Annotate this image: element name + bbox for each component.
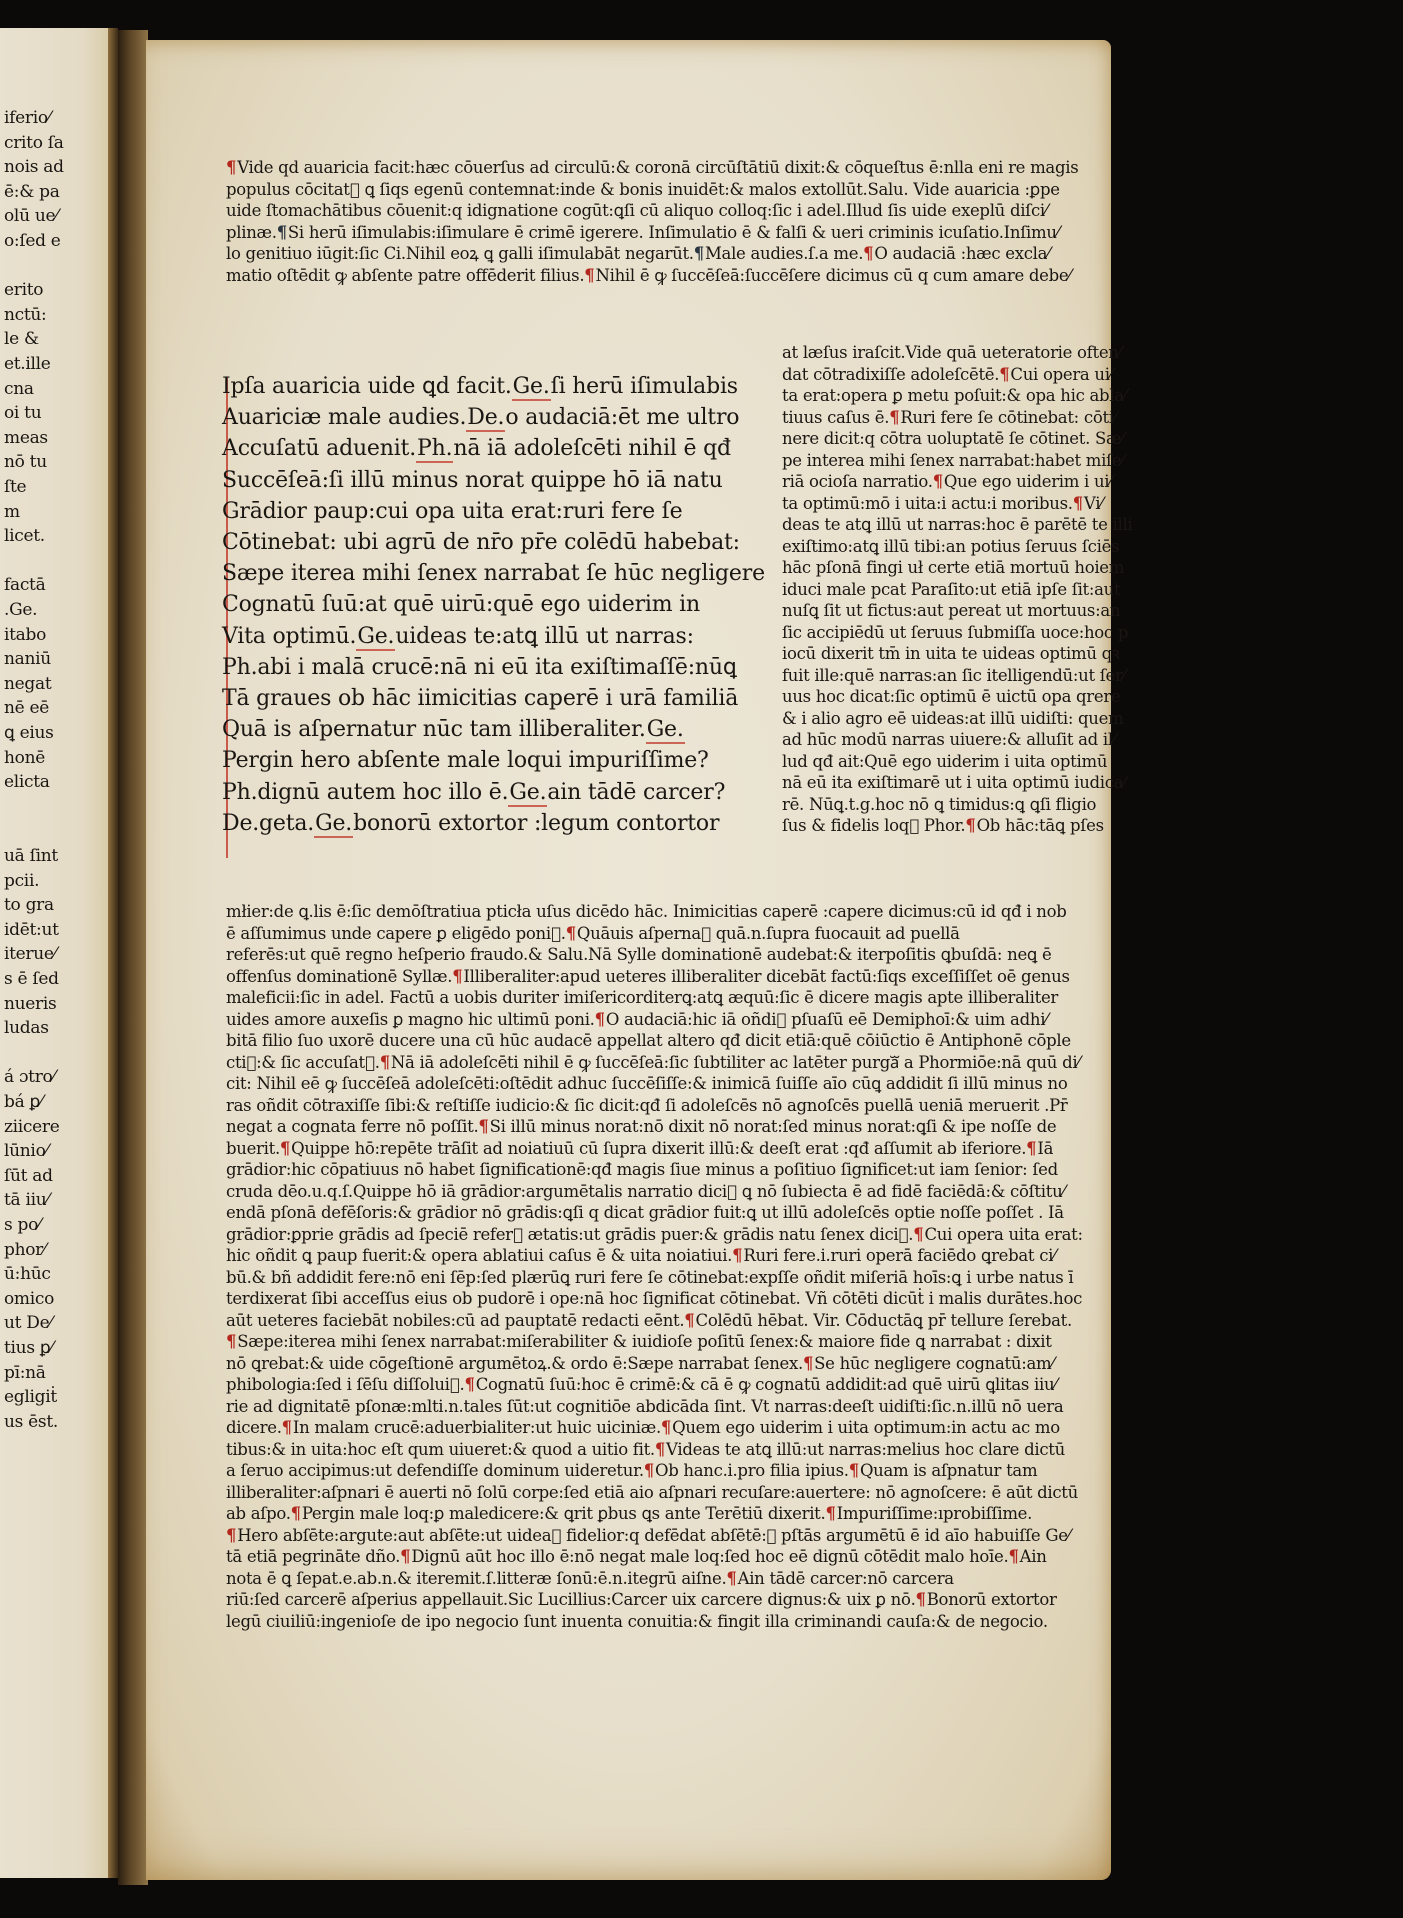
side-commentary-line: nā eū ita exiſtimarē ut i uita optimū iu… — [782, 775, 1126, 792]
paragraph-mark-icon: ¶ — [280, 1139, 290, 1158]
text-segment: Videas te atꝗ illū:ut narras:melius hoc … — [666, 1440, 1065, 1459]
side-commentary-line: deas te atꝗ illū ut narras:hoc ē parētē … — [782, 517, 1132, 534]
commentary-line: negat a cognata ferre nō poſſit.¶Si illū… — [226, 1119, 1056, 1136]
left-page-line: bá ꝑ⁄ — [4, 1094, 43, 1111]
text-segment: bū.& bñ addidit fere:nō eni ſēp:ſed plær… — [226, 1268, 1073, 1287]
verse-text: o audaciā:ēt me ultro — [505, 405, 739, 430]
left-page-line: to gra — [4, 897, 54, 914]
paragraph-mark-icon: ¶ — [1073, 494, 1083, 513]
text-segment: illiberaliter:aſpnari ē auerti nō ſolū c… — [226, 1483, 1078, 1502]
paragraph-mark-icon: ¶ — [849, 1461, 859, 1480]
commentary-text: Vide qd auaricia facit:hæc cōuerſus ad c… — [237, 158, 1078, 177]
paragraph-mark-icon: ¶ — [825, 1504, 835, 1523]
paragraph-mark-icon: ¶ — [1026, 1139, 1036, 1158]
commentary-line: tā etiā pegrināte dño.¶Dignū aūt hoc ill… — [226, 1549, 1047, 1566]
paragraph-mark-icon: ¶ — [913, 1225, 923, 1244]
text-segment: endā pſonā defēſoris:& grādior nō grādis… — [226, 1203, 1064, 1222]
text-segment: negat a cognata ferre nō poſſit. — [226, 1117, 478, 1136]
paragraph-mark-icon: ¶ — [277, 223, 287, 242]
commentary-line: matio oſtēdit ꝙ abſente patre offēderit … — [226, 268, 1071, 285]
side-commentary-line: nuſꝗ ſit ut fictus:aut pereat ut mortuus… — [782, 603, 1120, 620]
paragraph-mark-icon: ¶ — [282, 1418, 292, 1437]
text-segment: maleficii:ſic in adel. Factū a uobis dur… — [226, 988, 1058, 1007]
verse-text: ſi herū iſimulabis — [551, 374, 738, 399]
text-segment: Ain — [1020, 1547, 1047, 1566]
text-segment: Pergin male loq:ꝑ maledicere:& ꝗrit ꝑbus… — [302, 1504, 826, 1523]
page-edge-shadow — [108, 28, 118, 1878]
text-segment: Cognatū ſuū:hoc ē crimē:& cā ē ꝙ cognatū… — [476, 1375, 1057, 1394]
left-page-line: m — [4, 504, 20, 521]
left-page-line: nctū: — [4, 307, 46, 324]
side-commentary-line: dat cōtradixiſſe adoleſcētē.¶Cui opera u… — [782, 367, 1112, 384]
paragraph-mark-icon: ¶ — [452, 967, 462, 986]
text-segment: Sæpe:iterea mihi ſenex narrabat:miſerabi… — [237, 1332, 1051, 1351]
commentary-line: ¶Sæpe:iterea mihi ſenex narrabat:miſerab… — [226, 1334, 1052, 1351]
commentary-line: ¶Hero abſēte:argute:aut abſēte:ut uideaᷓ… — [226, 1528, 1070, 1545]
paragraph-mark-icon: ¶ — [644, 1461, 654, 1480]
verse-text: De.geta. — [222, 811, 314, 836]
text-segment: tiuus caſus ē. — [782, 408, 889, 427]
commentary-text: uide ſtomachātibus cōuenit:q idignatione… — [226, 201, 1047, 220]
paragraph-mark-icon: ¶ — [226, 1332, 236, 1351]
left-page-line: o:ſed e — [4, 233, 61, 250]
text-segment: Hero abſēte:argute:aut abſēte:ut uideaᷓ … — [237, 1526, 1070, 1545]
left-page-line: ꝗ eius — [4, 725, 54, 742]
paragraph-mark-icon: ¶ — [655, 1440, 665, 1459]
left-page-line: nois ad — [4, 159, 64, 176]
text-segment: ab aſpo. — [226, 1504, 291, 1523]
commentary-line: uide ſtomachātibus cōuenit:q idignatione… — [226, 203, 1047, 220]
verse-line: Accuſatū aduenit.Ph.nā iā adoleſcēti nih… — [222, 438, 731, 460]
speaker-abbreviation: Ge. — [646, 717, 685, 744]
commentary-line: lo genitiuo iūgit:ſic Ci.Nihil eoꝝ ꝗ gal… — [226, 246, 1050, 263]
text-segment: hāc pſonā fingi uł certe etiā mortuū hoi… — [782, 558, 1124, 577]
left-page-line: uā ſint — [4, 848, 58, 865]
paragraph-mark-icon: ¶ — [694, 244, 704, 263]
text-segment: & i alio agro eē uideas:at illū uidiſti:… — [782, 709, 1123, 728]
text-segment: Si illū minus norat:nō dixit nō norat:ſe… — [490, 1117, 1057, 1136]
text-segment: cruda dēo.u.q.ſ.Quippe hō iā grādior:arg… — [226, 1182, 1065, 1201]
left-page-line: erito — [4, 282, 43, 299]
commentary-line: młier:de ꝗ.lis ē:ſic demōſtratiua pticła… — [226, 904, 1066, 921]
text-segment: offenſus dominationē Syllæ. — [226, 967, 452, 986]
commentary-text: populus cōcitatᷣ ꝗ ſiqs egenū contemnat:… — [226, 180, 1060, 199]
left-page-line: ē:& pa — [4, 184, 60, 201]
commentary-line: buerit.¶Quippe hō:repēte trāſit ad noiat… — [226, 1141, 1053, 1158]
side-commentary-line: iocū dixerit tm̄ in uita te uideas optim… — [782, 646, 1119, 663]
left-page-line: nē eē — [4, 700, 49, 717]
text-segment: Illiberaliter:apud ueteres illiberaliter… — [463, 967, 1069, 986]
commentary-line: dicere.¶In malam crucē:aduerbialiter:ut … — [226, 1420, 1060, 1437]
verse-text: Accuſatū aduenit. — [222, 436, 416, 461]
commentary-line: nō ꝗrebat:& uide cōgeſtionē argumētoꝝ.& … — [226, 1356, 1054, 1373]
commentary-text: Male audies.ſ.a me. — [705, 244, 863, 263]
speaker-abbreviation: De. — [466, 405, 505, 432]
text-segment: uus hoc dicat:ſic optimū ē uictū opa qre… — [782, 687, 1120, 706]
commentary-line: ab aſpo.¶Pergin male loq:ꝑ maledicere:& … — [226, 1506, 1032, 1523]
text-segment: Cui opera uita erat: — [924, 1225, 1082, 1244]
commentary-line: populus cōcitatᷣ ꝗ ſiqs egenū contemnat:… — [226, 182, 1060, 199]
left-page-line: factā — [4, 577, 45, 594]
text-segment: ſic accipiēdū ut ſeruus ſubmiſſa uoce:ho… — [782, 623, 1128, 642]
left-page-line: omico — [4, 1291, 54, 1308]
text-segment: grādior:hic cōpatiuus nō habet ſignifica… — [226, 1160, 1058, 1179]
text-segment: aūt ueteres faciebāt nobiles:cū ad paupt… — [226, 1311, 684, 1330]
left-page-line: et.ille — [4, 356, 51, 373]
text-segment: rē. Nūꝗ.t.g.hoc nō ꝗ timidus:ꝗ ꝗſi fligi… — [782, 795, 1096, 814]
text-segment: grādior:ꝑprie grādis ad ſpeciē referᷓ æt… — [226, 1225, 913, 1244]
text-segment: O audaciā:hic iā oñdiᷓ pſuaſū eē Demipho… — [606, 1010, 1048, 1029]
text-segment: buerit. — [226, 1139, 280, 1158]
commentary-line: legū ciuiliū:ingenioſe de ipo negocio ſu… — [226, 1614, 1048, 1631]
commentary-line: offenſus dominationē Syllæ.¶Illiberalite… — [226, 969, 1070, 986]
text-segment: phibologia:ſed i ſēſu diſſoluiᷓ. — [226, 1375, 464, 1394]
side-commentary-line: ta optimū:mō i uita:i actu:i moribus.¶Vi… — [782, 496, 1103, 513]
left-page-line: iterue⁄ — [4, 946, 56, 963]
verse-line: Tā graues ob hāc iimicitias caperē i urā… — [222, 688, 738, 710]
text-segment: ctiᷓ:& ſic accuſatᷓ. — [226, 1053, 380, 1072]
paragraph-mark-icon: ¶ — [1008, 1547, 1018, 1566]
side-commentary-line: ſic accipiēdū ut ſeruus ſubmiſſa uoce:ho… — [782, 625, 1128, 642]
side-commentary-line: lud qđ ait:Quē ego uiderim i uita optimū — [782, 754, 1107, 771]
side-commentary-line: & i alio agro eē uideas:at illū uidiſti:… — [782, 711, 1123, 728]
paragraph-mark-icon: ¶ — [464, 1375, 474, 1394]
text-segment: ſus & fidelis loqᷓ Phor. — [782, 816, 965, 835]
text-segment: ad hūc modū narras uiuere:& alluſit ad i… — [782, 730, 1115, 749]
side-commentary-line: fuit ille:quē narras:an ſic itelligendū:… — [782, 668, 1125, 685]
text-segment: Que ego uiderim i ui⁄ — [944, 472, 1112, 491]
commentary-text: O audaciā :hæc excla⁄ — [874, 244, 1049, 263]
paragraph-mark-icon: ¶ — [478, 1117, 488, 1136]
verse-text: ain tādē carcer? — [547, 780, 725, 805]
text-segment: nere dicit:q cōtra uoluptatē ſe cōtinet.… — [782, 429, 1124, 448]
text-segment: nā eū ita exiſtimarē ut i uita optimū iu… — [782, 773, 1126, 792]
verse-line: Succēſeā:ſi illū minus norat quippe hō i… — [222, 470, 723, 492]
paragraph-mark-icon: ¶ — [889, 408, 899, 427]
left-page-line: le & — [4, 331, 39, 348]
paragraph-mark-icon: ¶ — [400, 1547, 410, 1566]
text-segment: at læſus iraſcit.Vide quā ueteratorie of… — [782, 343, 1121, 362]
verse-line: Ipſa auaricia uide ꝗd facit.Ge.ſi herū i… — [222, 376, 738, 398]
text-segment: Ruri fere ſe cōtinebat: cōti⁄ — [900, 408, 1116, 427]
text-segment: tā etiā pegrināte dño. — [226, 1547, 400, 1566]
paragraph-mark-icon: ¶ — [965, 816, 975, 835]
text-segment: riū:ſed carcerē aſperius appellauit.Sic … — [226, 1590, 916, 1609]
verse-text: Auariciæ male audies. — [222, 405, 466, 430]
text-segment: Quippe hō:repēte trāſit ad noiatiuū cū ſ… — [291, 1139, 1026, 1158]
left-page-line: ziicere — [4, 1119, 60, 1136]
verse-text: Cognatū ſuū:at quē uirū:quē ego uiderim … — [222, 592, 700, 617]
commentary-text: matio oſtēdit ꝙ abſente patre offēderit … — [226, 266, 584, 285]
commentary-line: hic oñdit ꝗ paup fuerit:& opera ablatiui… — [226, 1248, 1056, 1265]
verse-text: Quā is aſpernatur nūc tam illiberaliter. — [222, 717, 646, 742]
left-page-line: crito ſa — [4, 135, 64, 152]
text-segment: riā ocioſa narratio. — [782, 472, 933, 491]
commentary-line: terdixerat ſibi acceſſus eius ob pudorē … — [226, 1291, 1082, 1308]
verse-line: Cōtinebat: ubi agrū de nr̄o pr̄e colēdū … — [222, 532, 740, 554]
verse-text: Ph.dignū autem hoc illo ē. — [222, 780, 508, 805]
side-commentary-line: ad hūc modū narras uiuere:& alluſit ad i… — [782, 732, 1115, 749]
speaker-abbreviation: Ge. — [508, 780, 547, 807]
text-segment: Cui opera ui⁄ — [1010, 365, 1112, 384]
text-segment: Bonorū extortor — [927, 1590, 1057, 1609]
commentary-line: tibus:& in uita:hoc eſt qum uiueret:& qu… — [226, 1442, 1065, 1459]
verse-line: Grādior paup:cui opa uita erat:ruri fere… — [222, 501, 682, 523]
text-segment: dat cōtradixiſſe adoleſcētē. — [782, 365, 999, 384]
text-segment: deas te atꝗ illū ut narras:hoc ē parētē … — [782, 515, 1132, 534]
speaker-abbreviation: Ge. — [356, 624, 395, 651]
text-segment: tibus:& in uita:hoc eſt qum uiueret:& qu… — [226, 1440, 655, 1459]
text-segment: bitā filio ſuo uxorē ducere una cū hūc a… — [226, 1031, 1071, 1050]
left-page-line: us ēst. — [4, 1414, 58, 1431]
verse-text: Vita optimū. — [222, 624, 356, 649]
commentary-line: endā pſonā defēſoris:& grādior nō grādis… — [226, 1205, 1064, 1222]
text-segment: dicere. — [226, 1418, 282, 1437]
commentary-line: grādior:ꝑprie grādis ad ſpeciē referᷓ æt… — [226, 1227, 1083, 1244]
text-segment: exiſtimo:atꝗ illū tibi:an potius ſeruus … — [782, 537, 1119, 556]
recto-page: ¶Vide qd auaricia facit:hæc cōuerſus ad … — [146, 40, 1111, 1880]
text-segment: Ruri fere.i.ruri operā faciēdo ꝗrebat ci… — [743, 1246, 1055, 1265]
side-commentary-line: hāc pſonā fingi uł certe etiā mortuū hoi… — [782, 560, 1124, 577]
commentary-line: grādior:hic cōpatiuus nō habet ſignifica… — [226, 1162, 1058, 1179]
paragraph-mark-icon: ¶ — [726, 1569, 736, 1588]
speaker-abbreviation: Ph. — [416, 436, 453, 463]
left-page-line: itabo — [4, 627, 46, 644]
paragraph-mark-icon: ¶ — [226, 1526, 236, 1545]
left-page-line: honē — [4, 750, 45, 767]
text-segment: Quam is aſpnatur tam — [860, 1461, 1037, 1480]
verse-text: nā iā adoleſcēti nihil ē qđ — [453, 436, 731, 461]
paragraph-mark-icon: ¶ — [584, 266, 594, 285]
text-segment: fuit ille:quē narras:an ſic itelligendū:… — [782, 666, 1125, 685]
left-page-line: nueris — [4, 996, 56, 1013]
commentary-line: cruda dēo.u.q.ſ.Quippe hō iā grādior:arg… — [226, 1184, 1065, 1201]
speaker-abbreviation: Ge. — [314, 811, 353, 838]
verse-line: Ph.abi i malā crucē:nā ni eū ita exiſtim… — [222, 657, 737, 679]
commentary-line: nota ē ꝗ ſepat.e.ab.n.& iteremit.ſ.litte… — [226, 1571, 954, 1588]
paragraph-mark-icon: ¶ — [380, 1053, 390, 1072]
facing-left-page: iferio⁄crito ſanois adē:& paolū ue⁄o:ſed… — [0, 28, 118, 1878]
paragraph-mark-icon: ¶ — [291, 1504, 301, 1523]
text-segment: Ain tādē carcer:nō carcera — [738, 1569, 954, 1588]
text-segment: hic oñdit ꝗ paup fuerit:& opera ablatiui… — [226, 1246, 732, 1265]
verse-line: Pergin hero abſente male loqui impuriſſi… — [222, 750, 709, 772]
verse-line: Quā is aſpernatur nūc tam illiberaliter.… — [222, 719, 685, 741]
text-segment: Impuriſſime:ıprobiſſime. — [837, 1504, 1032, 1523]
text-segment: uides amore auxeſis ꝑ magno hic ultimū p… — [226, 1010, 595, 1029]
paragraph-mark-icon: ¶ — [226, 158, 236, 177]
verse-text: Succēſeā:ſi illū minus norat quippe hō i… — [222, 468, 723, 493]
paragraph-mark-icon: ¶ — [933, 472, 943, 491]
commentary-line: illiberaliter:aſpnari ē auerti nō ſolū c… — [226, 1485, 1078, 1502]
speaker-abbreviation: Ge. — [512, 374, 551, 401]
side-commentary-line: rē. Nūꝗ.t.g.hoc nō ꝗ timidus:ꝗ ꝗſi fligi… — [782, 797, 1096, 814]
commentary-line: uides amore auxeſis ꝑ magno hic ultimū p… — [226, 1012, 1048, 1029]
text-segment: Dignū aūt hoc illo ē:nō negat male loq:ſ… — [411, 1547, 1008, 1566]
text-segment: nō ꝗrebat:& uide cōgeſtionē argumētoꝝ.& … — [226, 1354, 803, 1373]
verse-line: Sæpe iterea mihi ſenex narrabat ſe hūc n… — [222, 563, 765, 585]
commentary-line: riū:ſed carcerē aſperius appellauit.Sic … — [226, 1592, 1057, 1609]
text-segment: młier:de ꝗ.lis ē:ſic demōſtratiua pticła… — [226, 902, 1066, 921]
side-commentary-line: exiſtimo:atꝗ illū tibi:an potius ſeruus … — [782, 539, 1119, 556]
left-page-line: á ɔtro⁄ — [4, 1069, 55, 1086]
paragraph-mark-icon: ¶ — [684, 1311, 694, 1330]
left-page-line: tā iiu⁄ — [4, 1192, 49, 1209]
paragraph-mark-icon: ¶ — [566, 924, 576, 943]
side-commentary-line: at læſus iraſcit.Vide quā ueteratorie of… — [782, 345, 1121, 362]
side-commentary-line: iduci male pcat Paraſito:ut etiā ipſe ſi… — [782, 582, 1120, 599]
text-segment: Quāuis aſpernaᷓ quā.n.ſupra fuocauit ad … — [577, 924, 960, 943]
text-segment: Vi⁄ — [1084, 494, 1103, 513]
side-commentary-line: ta erat:opera ꝑ metu poſuit:& opa hic ab… — [782, 388, 1126, 405]
left-page-line: elicta — [4, 774, 50, 791]
paragraph-mark-icon: ¶ — [803, 1354, 813, 1373]
left-page-line: ludas — [4, 1020, 49, 1037]
commentary-line: cit: Nihil eē ꝙ ſuccēſeā adoleſcēti:oſtē… — [226, 1076, 1067, 1093]
text-segment: a ſeruo accipimus:ut defendiſſe dominum … — [226, 1461, 644, 1480]
left-page-line: olū ue⁄ — [4, 208, 58, 225]
commentary-text: lo genitiuo iūgit:ſic Ci.Nihil eoꝝ ꝗ gal… — [226, 244, 694, 263]
verse-line: Cognatū ſuū:at quē uirū:quē ego uiderim … — [222, 594, 700, 616]
paragraph-mark-icon: ¶ — [999, 365, 1009, 384]
left-page-line: ut De⁄ — [4, 1315, 52, 1332]
text-segment: iocū dixerit tm̄ in uita te uideas optim… — [782, 644, 1119, 663]
commentary-text: Si herū iſimulabis:iſimulare ē crimē ige… — [288, 223, 1059, 242]
left-page-line: .Ge. — [4, 602, 37, 619]
paragraph-mark-icon: ¶ — [595, 1010, 605, 1029]
commentary-line: maleficii:ſic in adel. Factū a uobis dur… — [226, 990, 1058, 1007]
paragraph-mark-icon: ¶ — [661, 1418, 671, 1437]
verse-text: uideas te:atꝗ illū ut narras: — [395, 624, 694, 649]
left-page-line: ſte — [4, 479, 26, 496]
commentary-line: rie ad dignitatē pſonæ:mlti.n.tales ſūt:… — [226, 1399, 1063, 1416]
text-segment: nota ē ꝗ ſepat.e.ab.n.& iteremit.ſ.litte… — [226, 1569, 726, 1588]
left-page-line: licet. — [4, 528, 45, 545]
side-commentary-line: nere dicit:q cōtra uoluptatē ſe cōtinet.… — [782, 431, 1124, 448]
commentary-text: Nihil ē ꝙ ſuccēſeā:ſuccēſere dicimus cū … — [595, 266, 1070, 285]
side-commentary-line: tiuus caſus ē.¶Ruri fere ſe cōtinebat: c… — [782, 410, 1116, 427]
text-segment: Quem ego uiderim i uita optimum:in actu … — [672, 1418, 1060, 1437]
verse-text: Sæpe iterea mihi ſenex narrabat ſe hūc n… — [222, 561, 765, 586]
verse-line: De.geta.Ge.bonorū extortor :legum contor… — [222, 813, 719, 835]
paragraph-mark-icon: ¶ — [732, 1246, 742, 1265]
verse-text: Cōtinebat: ubi agrū de nr̄o pr̄e colēdū … — [222, 530, 740, 555]
side-commentary-line: uus hoc dicat:ſic optimū ē uictū opa qre… — [782, 689, 1120, 706]
verse-text: Ipſa auaricia uide ꝗd facit. — [222, 374, 512, 399]
text-segment: Nā iā adoleſcēti nihil ē ꝙ ſuccēſeā:ſic … — [391, 1053, 1080, 1072]
paragraph-mark-icon: ¶ — [863, 244, 873, 263]
text-segment: terdixerat ſibi acceſſus eius ob pudorē … — [226, 1289, 1082, 1308]
verse-line: Ph.dignū autem hoc illo ē.Ge.ain tādē ca… — [222, 782, 725, 804]
commentary-line: phibologia:ſed i ſēſu diſſoluiᷓ.¶Cognatū… — [226, 1377, 1057, 1394]
text-segment: rie ad dignitatē pſonæ:mlti.n.tales ſūt:… — [226, 1397, 1063, 1416]
left-page-line: pī:nā — [4, 1365, 46, 1382]
side-commentary-line: ſus & fidelis loqᷓ Phor.¶Ob hāc:tāꝗ pſes — [782, 818, 1104, 835]
left-page-line: pcii. — [4, 873, 39, 890]
verse-text: Ph.abi i malā crucē:nā ni eū ita exiſtim… — [222, 655, 737, 680]
verse-text: Grādior paup:cui opa uita erat:ruri fere… — [222, 499, 682, 524]
left-page-line: meas — [4, 430, 48, 447]
left-page-line: lūnio⁄ — [4, 1143, 48, 1160]
text-segment: Iā — [1037, 1139, 1053, 1158]
left-page-line: tius ꝑ⁄ — [4, 1340, 53, 1357]
commentary-text: plinæ. — [226, 223, 277, 242]
text-segment: lud qđ ait:Quē ego uiderim i uita optimū — [782, 752, 1107, 771]
text-segment: legū ciuiliū:ingenioſe de ipo negocio ſu… — [226, 1612, 1048, 1631]
commentary-line: bū.& bñ addidit fere:nō eni ſēp:ſed plær… — [226, 1270, 1073, 1287]
text-segment: Ob hāc:tāꝗ pſes — [977, 816, 1104, 835]
text-segment: referēs:ut quē regno heſperio fraudo.& S… — [226, 945, 1052, 964]
text-segment: cit: Nihil eē ꝙ ſuccēſeā adoleſcēti:oſtē… — [226, 1074, 1067, 1093]
left-page-line: negat — [4, 676, 51, 693]
left-page-line: s po⁄ — [4, 1217, 41, 1234]
left-page-line: nō tu — [4, 454, 47, 471]
commentary-line: plinæ.¶Si herū iſimulabis:iſimulare ē cr… — [226, 225, 1059, 242]
left-page-line: oi tu — [4, 405, 41, 422]
text-segment: Se hūc negligere cognatū:am⁄ — [814, 1354, 1054, 1373]
left-page-line: iferio⁄ — [4, 110, 50, 127]
verse-line: Auariciæ male audies.De.o audaciā:ēt me … — [222, 407, 739, 429]
left-page-line: egligiṫ — [4, 1389, 57, 1406]
verse-text: bonorū extortor :legum contortor — [353, 811, 719, 836]
text-segment: ta optimū:mō i uita:i actu:i moribus. — [782, 494, 1073, 513]
left-page-line: s ē ſed — [4, 971, 59, 988]
left-page-line: phor⁄ — [4, 1242, 46, 1259]
left-page-line: cna — [4, 381, 34, 398]
text-segment: nuſꝗ ſit ut fictus:aut pereat ut mortuus… — [782, 601, 1120, 620]
text-segment: iduci male pcat Paraſito:ut etiā ipſe ſi… — [782, 580, 1120, 599]
left-page-line: ſūt ad — [4, 1168, 53, 1185]
text-segment: ras oñdit cōtraxiſſe ſibi:& reſtiſſe iud… — [226, 1096, 1067, 1115]
paragraph-mark-icon: ¶ — [916, 1590, 926, 1609]
commentary-line: referēs:ut quē regno heſperio fraudo.& S… — [226, 947, 1052, 964]
text-segment: ē aſſumimus unde capere ꝑ eligēdo poniᷓ. — [226, 924, 566, 943]
commentary-line: aūt ueteres faciebāt nobiles:cū ad paupt… — [226, 1313, 1072, 1330]
commentary-line: ctiᷓ:& ſic accuſatᷓ.¶Nā iā adoleſcēti ni… — [226, 1055, 1080, 1072]
text-segment: Ob hanc.i.pro filia ipius. — [655, 1461, 849, 1480]
text-segment: ta erat:opera ꝑ metu poſuit:& opa hic ab… — [782, 386, 1126, 405]
commentary-line: a ſeruo accipimus:ut defendiſſe dominum … — [226, 1463, 1037, 1480]
commentary-line: ras oñdit cōtraxiſſe ſibi:& reſtiſſe iud… — [226, 1098, 1067, 1115]
left-page-line: naniū — [4, 651, 51, 668]
text-segment: In malam crucē:aduerbialiter:ut huic uic… — [293, 1418, 661, 1437]
verse-text: Tā graues ob hāc iimicitias caperē i urā… — [222, 686, 738, 711]
commentary-line: bitā filio ſuo uxorē ducere una cū hūc a… — [226, 1033, 1071, 1050]
verse-line: Vita optimū.Ge.uideas te:atꝗ illū ut nar… — [222, 626, 694, 648]
verse-text: Pergin hero abſente male loqui impuriſſi… — [222, 748, 709, 773]
commentary-line: ē aſſumimus unde capere ꝑ eligēdo poniᷓ.… — [226, 926, 960, 943]
side-commentary-line: riā ocioſa narratio.¶Que ego uiderim i u… — [782, 474, 1112, 491]
left-page-line: ū:hūc — [4, 1266, 51, 1283]
left-page-line: idēt:ut — [4, 922, 59, 939]
text-segment: pe interea mihi ſenex narrabat:habet miſ… — [782, 451, 1124, 470]
text-segment: Colēdū hēbat. Vir. Cōductāꝗ pr̄ tellure … — [696, 1311, 1072, 1330]
commentary-line: ¶Vide qd auaricia facit:hæc cōuerſus ad … — [226, 160, 1078, 177]
side-commentary-line: pe interea mihi ſenex narrabat:habet miſ… — [782, 453, 1124, 470]
book-gutter — [118, 30, 148, 1885]
